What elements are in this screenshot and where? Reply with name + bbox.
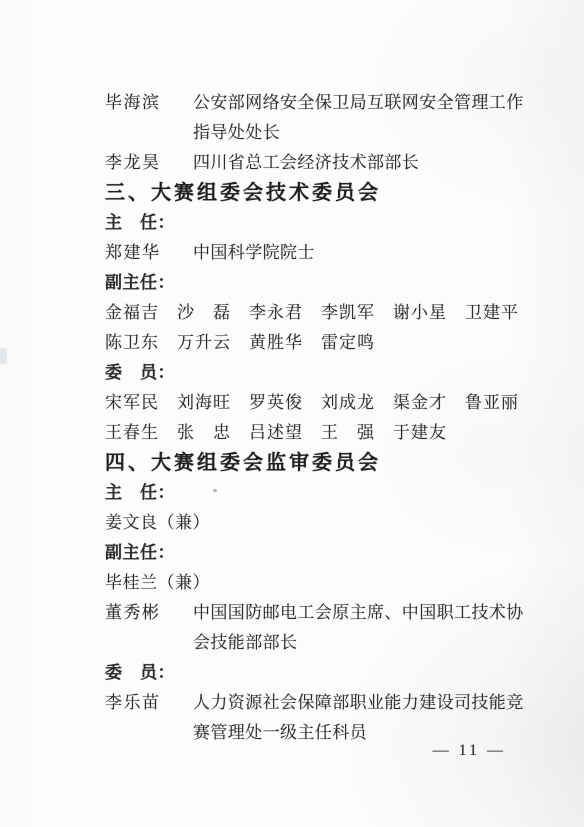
section-heading-supervisory-committee: 四、大赛组委会监审委员会 [105,448,525,478]
member-entry: 董秀彬 中国国防邮电工会原主席、中国职工技术协会技能部部长 [105,598,525,658]
person-name: 姜文良（兼） [105,508,525,538]
member-entry: 李乐苗 人力资源社会保障部职业能力建设司技能竞赛管理处一级主任科员 [105,688,525,748]
scanned-document-page: 毕海滨 公安部网络安全保卫局互联网安全管理工作指导处处长 李龙昊 四川省总工会经… [0,0,584,827]
role-label-members: 委 员： [105,358,525,388]
role-label-vice-chair: 副主任： [105,538,525,568]
names-row: 金福吉 沙 磊 李永君 李凯军 谢小星 卫建平 [105,298,525,328]
scan-speck [213,489,217,492]
member-entry: 郑建华 中国科学院院士 [105,238,525,268]
member-entry: 毕海滨 公安部网络安全保卫局互联网安全管理工作指导处处长 [105,88,525,148]
person-title: 四川省总工会经济技术部部长 [193,148,525,178]
names-row: 王春生 张 忠 吕述望 王 强 于建友 [105,418,525,448]
person-name: 毕桂兰（兼） [105,568,525,598]
role-label-members: 委 员： [105,658,525,688]
person-title: 公安部网络安全保卫局互联网安全管理工作指导处处长 [193,88,525,148]
person-name: 董秀彬 [105,598,193,628]
names-row: 宋军民 刘海旺 罗英俊 刘成龙 渠金才 鲁亚丽 [105,388,525,418]
section-heading-technical-committee: 三、大赛组委会技术委员会 [105,178,525,208]
scan-artifact [0,348,7,364]
person-name: 李乐苗 [105,688,193,718]
member-entry: 李龙昊 四川省总工会经济技术部部长 [105,148,525,178]
person-name: 李龙昊 [105,148,193,178]
document-body: 毕海滨 公安部网络安全保卫局互联网安全管理工作指导处处长 李龙昊 四川省总工会经… [105,88,525,748]
names-row: 陈卫东 万升云 黄胜华 雷定鸣 [105,328,525,358]
role-label-chair: 主 任： [105,478,525,508]
person-name: 郑建华 [105,238,193,268]
person-title: 中国科学院院士 [193,238,525,268]
person-title: 人力资源社会保障部职业能力建设司技能竞赛管理处一级主任科员 [193,688,525,748]
role-label-vice-chair: 副主任： [105,268,525,298]
page-number: — 11 — [433,740,506,762]
role-label-chair: 主 任： [105,208,525,238]
person-title: 中国国防邮电工会原主席、中国职工技术协会技能部部长 [193,598,525,658]
person-name: 毕海滨 [105,88,193,118]
